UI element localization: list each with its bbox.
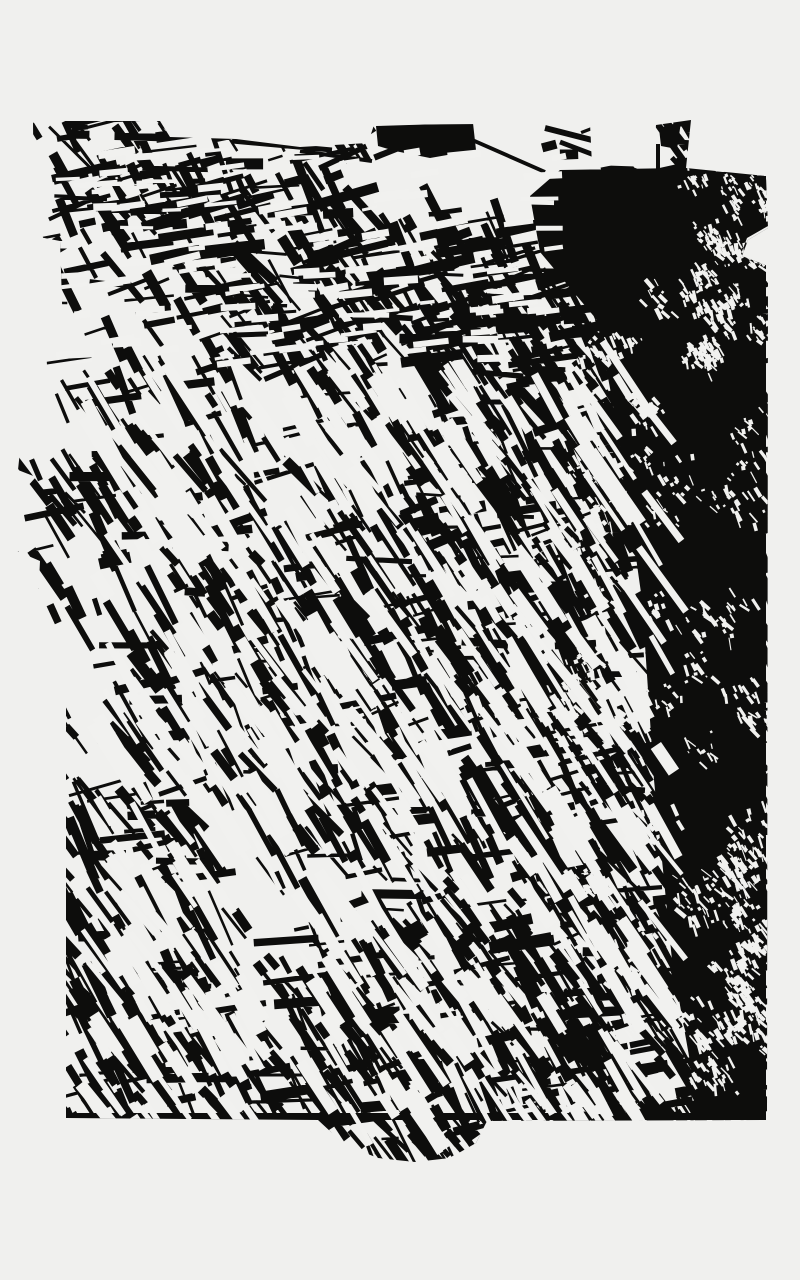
halftone-print [0, 0, 800, 1280]
print-svg [0, 0, 800, 1280]
halftone-print-page [0, 0, 800, 1280]
